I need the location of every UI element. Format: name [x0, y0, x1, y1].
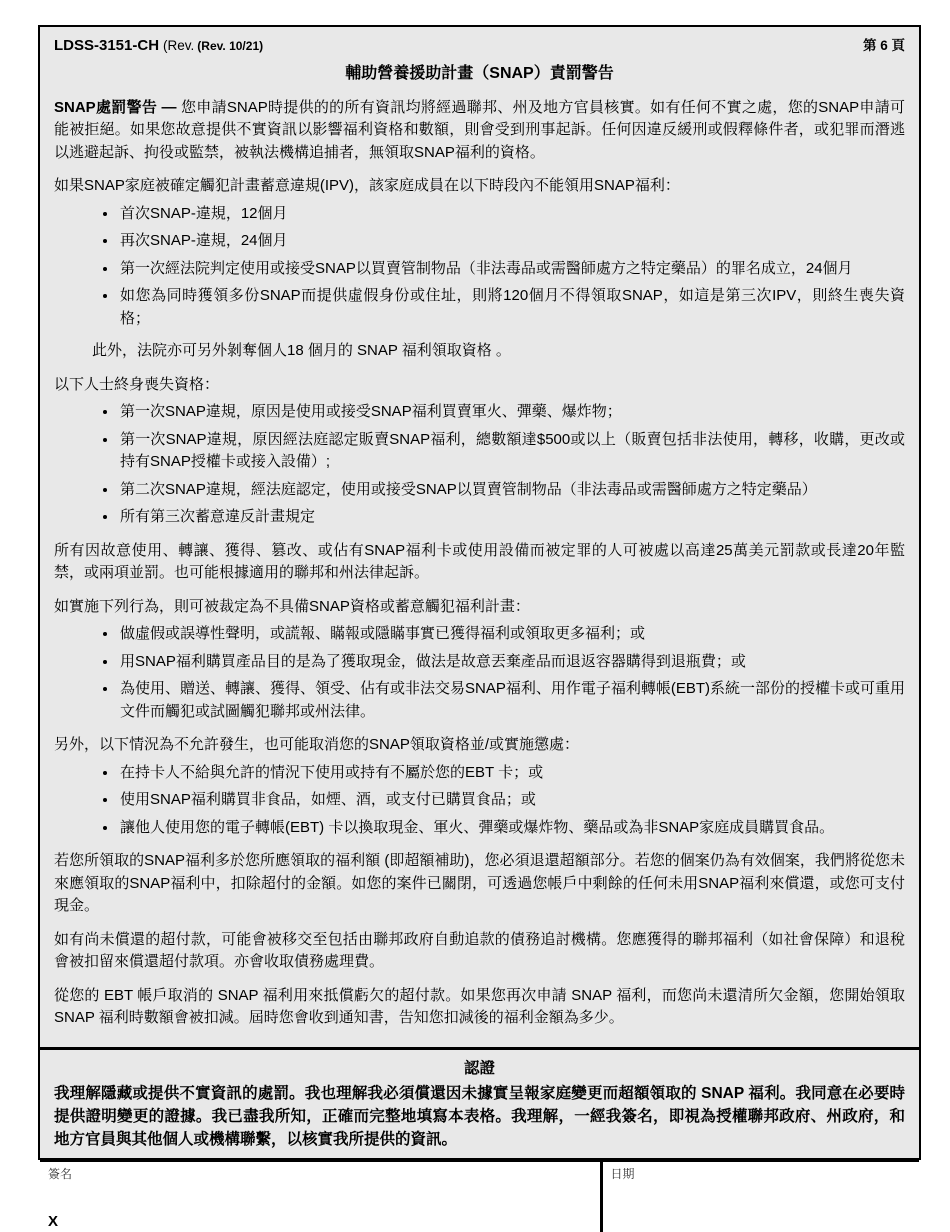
- warning-text: 您申請SNAP時提供的的所有資訊均將經過聯邦、州及地方官員核實。如有任何不實之處…: [54, 99, 905, 161]
- document-header: LDSS-3151-CH(Rev.(Rev. 10/21) 第 6 頁: [54, 35, 905, 58]
- list-item: 為使用、贈送、轉讓、獲得、領受、佔有或非法交易SNAP福利、用作電子福利轉帳(E…: [118, 678, 905, 723]
- additional-intro: 另外，以下情況為不允許發生，也可能取消您的SNAP領取資格並/或實施懲處：: [54, 734, 905, 757]
- list-item: 第一次SNAP違規，原因是使用或接受SNAP福利買賣軍火、彈藥、爆炸物；: [118, 401, 905, 424]
- warning-lead: SNAP處罰警告 —: [54, 99, 177, 116]
- form-number: LDSS-3151-CH: [54, 37, 159, 54]
- list-item: 做虛假或誤導性聲明，或謊報、瞞報或隱瞞事實已獲得福利或領取更多福利；或: [118, 623, 905, 646]
- list-item: 用SNAP福利購買產品目的是為了獲取現金，做法是故意丟棄產品而退返容器購得到退瓶…: [118, 651, 905, 674]
- overpayment-paragraph: 若您所領取的SNAP福利多於您所應領取的福利額 (即超額補助)，您必須退還超額部…: [54, 850, 905, 918]
- ipv-intro: 如果SNAP家庭被確定觸犯計畫蓄意違規(IPV)，該家庭成員在以下時段內不能領用…: [54, 175, 905, 198]
- list-item: 第一次經法院判定使用或接受SNAP以買賣管制物品（非法毒品或需醫師處方之特定藥品…: [118, 258, 905, 281]
- page-title: 輔助營養援助計畫（SNAP）責罰警告: [54, 62, 905, 86]
- list-item: 第一次SNAP違規，原因經法庭認定販賣SNAP福利，總數額達$500或以上（販賣…: [118, 429, 905, 474]
- ipv-list: 首次SNAP-違規，12個月 再次SNAP-違規，24個月 第一次經法院判定使用…: [54, 203, 905, 331]
- additional-list: 在持卡人不給與允許的情況下使用或持有不屬於您的EBT 卡；或 使用SNAP福利購…: [54, 762, 905, 840]
- acts-list: 做虛假或誤導性聲明，或謊報、瞞報或隱瞞事實已獲得福利或領取更多福利；或 用SNA…: [54, 623, 905, 723]
- list-item: 再次SNAP-違規，24個月: [118, 230, 905, 253]
- page-number: 第 6 頁: [863, 36, 905, 56]
- date-label: 日期: [611, 1165, 911, 1182]
- list-item: 使用SNAP福利購買非食品，如煙、酒，或支付已購買食品；或: [118, 789, 905, 812]
- date-field[interactable]: 日期: [603, 1162, 919, 1232]
- certification-text: 我理解隱藏或提供不實資訊的處罰。我也理解我必須償還因未據實呈報家庭變更而超額領取…: [54, 1082, 905, 1152]
- certification-title: 認證: [54, 1056, 905, 1078]
- list-item: 在持卡人不給與允許的情況下使用或持有不屬於您的EBT 卡；或: [118, 762, 905, 785]
- ipv-note: 此外，法院亦可另外剝奪個人18 個月的 SNAP 福利領取資格 。: [92, 340, 905, 363]
- fines-paragraph: 所有因故意使用、轉讓、獲得、篡改、或佔有SNAP福利卡或使用設備而被定罪的人可被…: [54, 540, 905, 585]
- document-body: LDSS-3151-CH(Rev.(Rev. 10/21) 第 6 頁 輔助營養…: [40, 27, 919, 1047]
- revision-prefix: (Rev.: [163, 38, 194, 53]
- acts-intro: 如實施下列行為，則可被裁定為不具備SNAP資格或蓄意觸犯福利計畫：: [54, 596, 905, 619]
- document-page: LDSS-3151-CH(Rev.(Rev. 10/21) 第 6 頁 輔助營養…: [38, 25, 921, 1160]
- signature-x-mark: X: [48, 1213, 592, 1230]
- form-identifier: LDSS-3151-CH(Rev.(Rev. 10/21): [54, 35, 263, 58]
- lifetime-intro: 以下人士終身喪失資格：: [54, 374, 905, 397]
- certification-section: 認證 我理解隱藏或提供不實資訊的處罰。我也理解我必須償還因未據實呈報家庭變更而超…: [40, 1047, 919, 1160]
- revision-number: (Rev. 10/21): [197, 39, 263, 53]
- warning-paragraph: SNAP處罰警告 — 您申請SNAP時提供的的所有資訊均將經過聯邦、州及地方官員…: [54, 97, 905, 165]
- ebt-offset-paragraph: 從您的 EBT 帳戶取消的 SNAP 福利用來抵償虧欠的超付款。如果您再次申請 …: [54, 985, 905, 1030]
- list-item: 首次SNAP-違規，12個月: [118, 203, 905, 226]
- list-item: 所有第三次蓄意違反計畫規定: [118, 506, 905, 529]
- lifetime-list: 第一次SNAP違規，原因是使用或接受SNAP福利買賣軍火、彈藥、爆炸物； 第一次…: [54, 401, 905, 529]
- signature-row: 簽名 X 日期: [40, 1159, 919, 1232]
- list-item: 讓他人使用您的電子轉帳(EBT) 卡以換取現金、軍火、彈藥或爆炸物、藥品或為非S…: [118, 817, 905, 840]
- signature-field[interactable]: 簽名 X: [40, 1162, 603, 1232]
- signature-label: 簽名: [48, 1165, 592, 1182]
- list-item: 第二次SNAP違規，經法庭認定，使用或接受SNAP以買賣管制物品（非法毒品或需醫…: [118, 479, 905, 502]
- debt-collection-paragraph: 如有尚未償還的超付款，可能會被移交至包括由聯邦政府自動追款的債務追討機構。您應獲…: [54, 929, 905, 974]
- list-item: 如您為同時獲領多份SNAP而提供虛假身份或住址，則將120個月不得領取SNAP，…: [118, 285, 905, 330]
